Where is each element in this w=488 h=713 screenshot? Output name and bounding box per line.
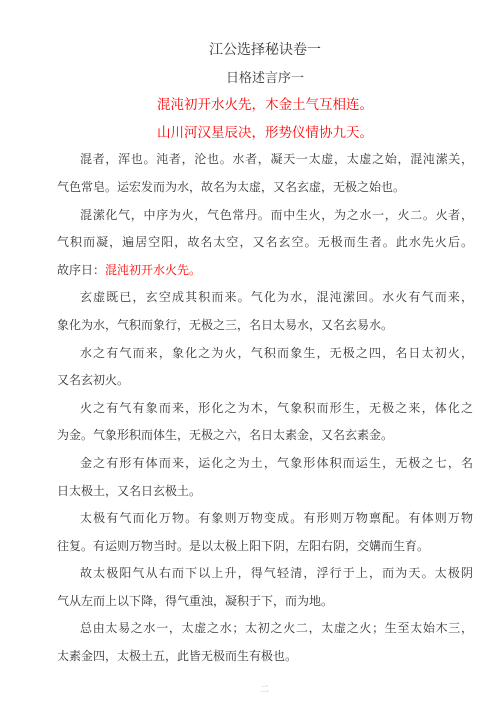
text-line: 气色常皂。运宏发而为水，故名为太虚，又名玄虚，无极之始也。 [57, 174, 473, 202]
text-line: 日太极土，又名日玄极土。 [57, 478, 473, 506]
paragraph-4: 水之有气而来，象化之为火，气积而象生，无极之四，名日太初火， 又名玄初火。 [57, 340, 473, 395]
paragraph-5: 火之有气有象而来，形化之为木，气象积而形生，无极之来，体化之 为金。气象形积而体… [57, 395, 473, 450]
page-title: 江公选择秘诀卷一 [57, 36, 473, 64]
colophon-label: 故序日： [57, 263, 105, 277]
page-number: 二 [57, 682, 473, 695]
text-line: 金之有形有体而来，运化之为土，气象形体积而运生，无极之七，名 [57, 450, 473, 478]
text-line: 又名玄初火。 [57, 367, 473, 395]
text-line: 象化为水，气积而象行，无极之三，名日太易水，又名玄易水。 [57, 312, 473, 340]
text-line: 混者，浑也。沌者，沦也。水者，凝天一太虚，太虚之始，混沌潆关， [57, 146, 473, 174]
paragraph-8: 故太极阳气从右而下以上升，得气轻清，浮行于上，而为天。太极阴 气从左而上以下降，… [57, 560, 473, 615]
verse-line-2: 山川河汉星辰决，形势仪情协九天。 [57, 119, 473, 147]
text-line: 混潆化气，中序为火，气色常丹。而中生火，为之水一，火二。火者， [57, 202, 473, 230]
verse-line-1: 混沌初开水火先，木金土气互相连。 [57, 91, 473, 119]
text-line: 玄虚既已，玄空成其积而来。气化为水，混沌潆回。水火有气而来， [57, 284, 473, 312]
text-line: 往复。有运则万物当时。是以太极上阳下阴，左阳右阴，交媾而生育。 [57, 533, 473, 561]
paragraph-1: 混者，浑也。沌者，沦也。水者，凝天一太虚，太虚之始，混沌潆关， 气色常皂。运宏发… [57, 146, 473, 201]
paragraph-9: 总由太易之水一，太虚之水；太初之火二，太虚之火；生至太始木三， 太素金四，太极土… [57, 615, 473, 670]
paragraph-6: 金之有形有体而来，运化之为土，气象形体积而运生，无极之七，名 日太极土，又名日玄… [57, 450, 473, 505]
text-line-mixed: 故序日：混沌初开水火先。 [57, 257, 473, 285]
text-line: 为金。气象形积而体生，无极之六，名日太素金，又名玄素金。 [57, 422, 473, 450]
text-line: 太素金四，太极土五，此皆无极而生有极也。 [57, 643, 473, 671]
text-line: 气积而凝，遍居空阳，故名太空，又名玄空。无极而生者。此水先火后。 [57, 229, 473, 257]
section-subtitle: 日格述言序一 [57, 64, 473, 92]
paragraph-3: 玄虚既已，玄空成其积而来。气化为水，混沌潆回。水火有气而来， 象化为水，气积而象… [57, 284, 473, 339]
text-line: 太极有气而化万物。有象则万物变成。有形则万物禀配。有体则万物 [57, 505, 473, 533]
colophon-red-quote: 混沌初开水火先。 [105, 263, 201, 277]
paragraph-7: 太极有气而化万物。有象则万物变成。有形则万物禀配。有体则万物 往复。有运则万物当… [57, 505, 473, 560]
text-line: 总由太易之水一，太虚之水；太初之火二，太虚之火；生至太始木三， [57, 615, 473, 643]
text-line: 气从左而上以下降，得气重浊，凝积于下，而为地。 [57, 588, 473, 616]
text-line: 故太极阳气从右而下以上升，得气轻清，浮行于上，而为天。太极阴 [57, 560, 473, 588]
document-page: 江公选择秘诀卷一 日格述言序一 混沌初开水火先，木金土气互相连。 山川河汉星辰决… [0, 0, 488, 713]
text-line: 火之有气有象而来，形化之为木，气象积而形生，无极之来，体化之 [57, 395, 473, 423]
text-line: 水之有气而来，象化之为火，气积而象生，无极之四，名日太初火， [57, 340, 473, 368]
paragraph-2: 混潆化气，中序为火，气色常丹。而中生火，为之水一，火二。火者， 气积而凝，遍居空… [57, 202, 473, 285]
